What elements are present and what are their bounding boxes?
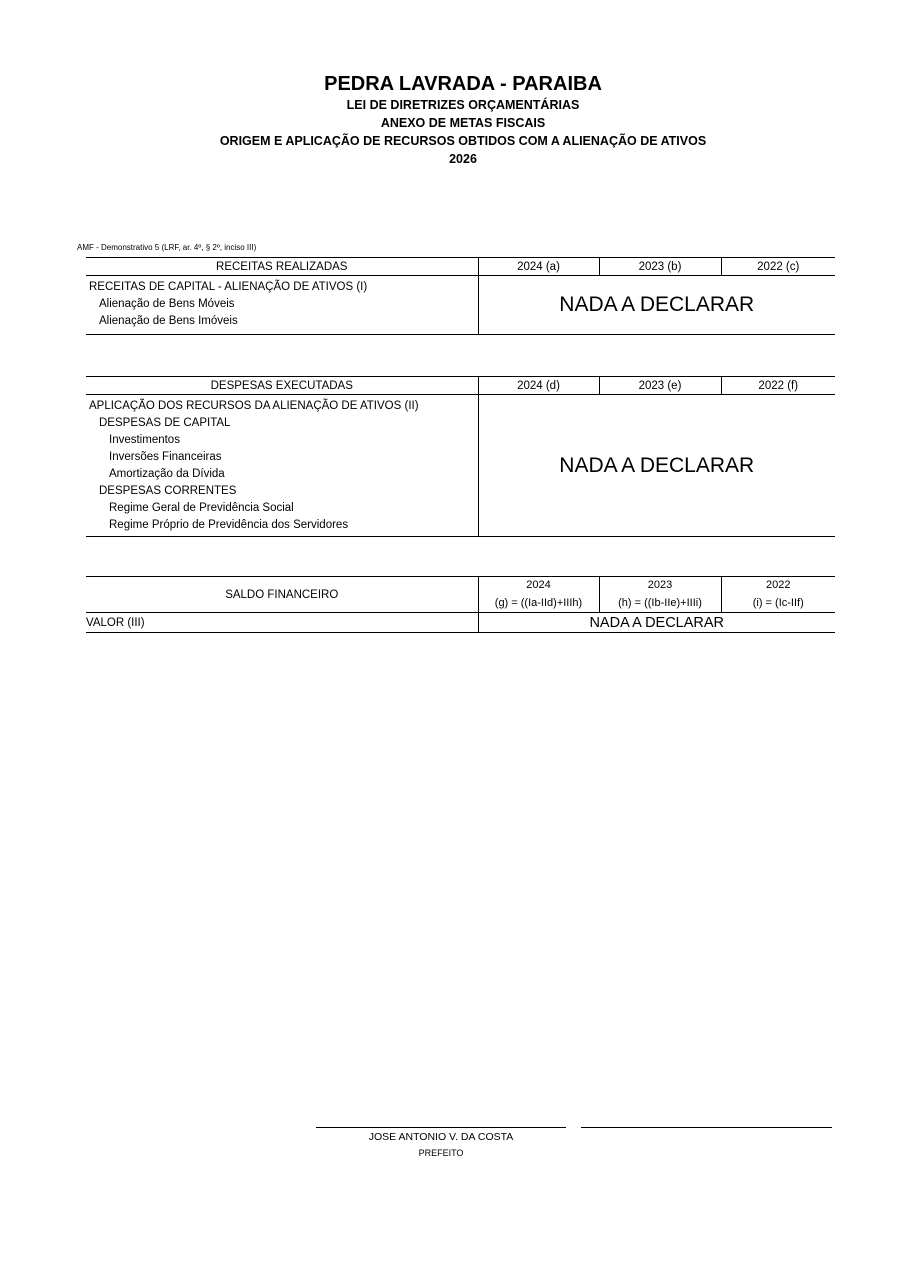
table-row: APLICAÇÃO DOS RECURSOS DA ALIENAÇÃO DE A…	[86, 395, 835, 537]
table-row: VALOR (III) NADA A DECLARAR	[86, 613, 835, 633]
row-label: Alienação de Bens Móveis	[86, 296, 478, 313]
signature-line-prefeito	[316, 1127, 566, 1128]
row-label: RECEITAS DE CAPITAL - ALIENAÇÃO DE ATIVO…	[86, 279, 478, 296]
saldo-table: SALDO FINANCEIRO 2024 (g) = ((Ia-IId)+II…	[86, 576, 835, 633]
signature-line-secondary	[581, 1127, 832, 1128]
despesas-table: DESPESAS EXECUTADAS 2024 (d) 2023 (e) 20…	[86, 376, 835, 537]
document-header: PEDRA LAVRADA - PARAIBA LEI DE DIRETRIZE…	[0, 72, 900, 168]
row-label: DESPESAS DE CAPITAL	[86, 415, 478, 432]
formula-label: (h) = ((Ib-IIe)+IIIi)	[600, 594, 721, 612]
row-label: VALOR (III)	[86, 613, 478, 633]
row-label: Investimentos	[86, 432, 478, 449]
column-header-2024: 2024 (d)	[478, 377, 599, 395]
row-label: Regime Geral de Previdência Social	[86, 500, 478, 517]
report-year: 2026	[0, 150, 900, 168]
row-label: Alienação de Bens Imóveis	[86, 313, 478, 330]
table-header-row: DESPESAS EXECUTADAS 2024 (d) 2023 (e) 20…	[86, 377, 835, 395]
municipality-title: PEDRA LAVRADA - PARAIBA	[0, 72, 900, 96]
formula-label: (i) = (Ic-IIf)	[722, 594, 836, 612]
signatory-role: PREFEITO	[316, 1148, 566, 1159]
table-row: RECEITAS DE CAPITAL - ALIENAÇÃO DE ATIVO…	[86, 276, 835, 335]
annex-title: ANEXO DE METAS FISCAIS	[0, 114, 900, 132]
saldo-value: NADA A DECLARAR	[478, 613, 835, 633]
signatory-name: JOSE ANTONIO V. DA COSTA	[316, 1131, 566, 1144]
formula-label: (g) = ((Ia-IId)+IIIh)	[479, 594, 599, 612]
column-header-2024: 2024 (a)	[478, 258, 599, 276]
column-header-receitas: RECEITAS REALIZADAS	[86, 258, 478, 276]
report-title: ORIGEM E APLICAÇÃO DE RECURSOS OBTIDOS C…	[0, 132, 900, 150]
row-label: Inversões Financeiras	[86, 449, 478, 466]
column-header-2024: 2024 (g) = ((Ia-IId)+IIIh)	[478, 577, 599, 613]
column-header-2023: 2023 (b)	[599, 258, 721, 276]
row-label: Amortização da Dívida	[86, 466, 478, 483]
receitas-row-labels: RECEITAS DE CAPITAL - ALIENAÇÃO DE ATIVO…	[86, 276, 478, 335]
column-header-2022: 2022 (f)	[721, 377, 835, 395]
despesas-row-labels: APLICAÇÃO DOS RECURSOS DA ALIENAÇÃO DE A…	[86, 395, 478, 537]
row-label: Regime Próprio de Previdência dos Servid…	[86, 517, 478, 534]
year-label: 2024	[479, 577, 599, 594]
column-header-despesas: DESPESAS EXECUTADAS	[86, 377, 478, 395]
table-header-row: RECEITAS REALIZADAS 2024 (a) 2023 (b) 20…	[86, 258, 835, 276]
year-label: 2023	[600, 577, 721, 594]
column-header-2022: 2022 (i) = (Ic-IIf)	[721, 577, 835, 613]
row-label: DESPESAS CORRENTES	[86, 483, 478, 500]
year-label: 2022	[722, 577, 836, 594]
row-label: APLICAÇÃO DOS RECURSOS DA ALIENAÇÃO DE A…	[86, 398, 478, 415]
column-header-saldo: SALDO FINANCEIRO	[86, 577, 478, 613]
receitas-table: RECEITAS REALIZADAS 2024 (a) 2023 (b) 20…	[86, 257, 835, 335]
source-note: AMF - Demonstrativo 5 (LRF, ar. 4º, § 2º…	[77, 243, 256, 253]
despesas-value: NADA A DECLARAR	[478, 395, 835, 537]
receitas-value: NADA A DECLARAR	[478, 276, 835, 335]
table-header-row: SALDO FINANCEIRO 2024 (g) = ((Ia-IId)+II…	[86, 577, 835, 613]
column-header-2023: 2023 (h) = ((Ib-IIe)+IIIi)	[599, 577, 721, 613]
column-header-2023: 2023 (e)	[599, 377, 721, 395]
column-header-2022: 2022 (c)	[721, 258, 835, 276]
law-title: LEI DE DIRETRIZES ORÇAMENTÁRIAS	[0, 96, 900, 114]
